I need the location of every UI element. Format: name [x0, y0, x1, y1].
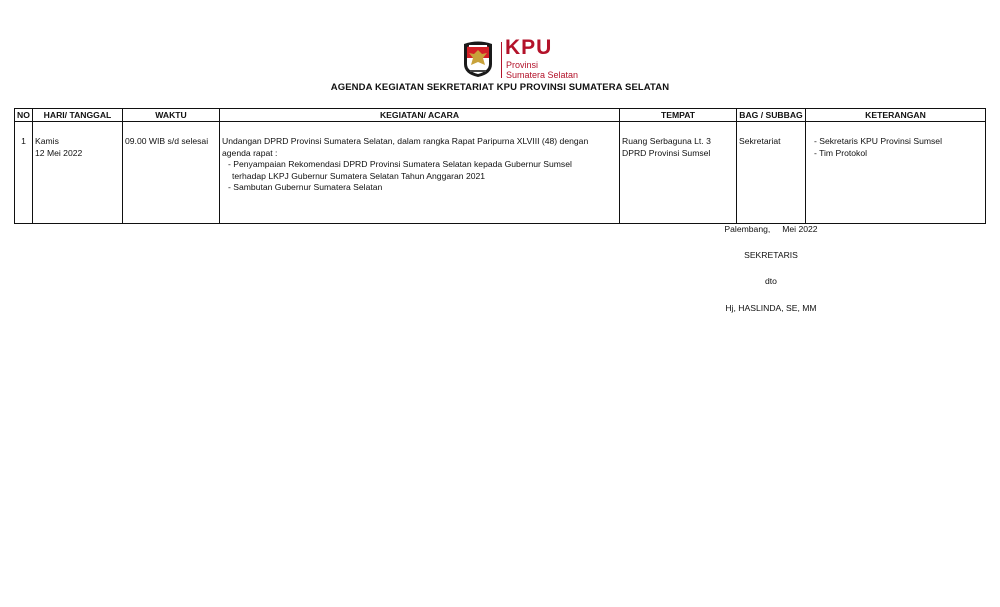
cell-waktu: 09.00 WIB s/d selesai [123, 122, 220, 224]
header-tempat: TEMPAT [620, 109, 737, 122]
agenda-table: NO HARI/ TANGGAL WAKTU KEGIATAN/ ACARA T… [14, 108, 986, 224]
header-hari-tanggal: HARI/ TANGGAL [33, 109, 123, 122]
header-keterangan: KETERANGAN [806, 109, 986, 122]
cell-tanggal: 12 Mei 2022 [35, 148, 120, 160]
signature-name: Hj, HASLINDA, SE, MM [700, 303, 842, 313]
header-bagian: BAG / SUBBAG [737, 109, 806, 122]
page-title: AGENDA KEGIATAN SEKRETARIAT KPU PROVINSI… [0, 82, 1000, 93]
kpu-emblem-icon [461, 40, 495, 78]
table-header-row: NO HARI/ TANGGAL WAKTU KEGIATAN/ ACARA T… [15, 109, 986, 122]
header-waktu: WAKTU [123, 109, 220, 122]
cell-no: 1 [15, 122, 33, 224]
kpu-logo: KPU Provinsi Sumatera Selatan [459, 38, 559, 82]
cell-tempat: Ruang Serbaguna Lt. 3 DPRD Provinsi Sums… [620, 122, 737, 224]
signature-position: SEKRETARIS [700, 250, 842, 260]
signature-mark: dto [700, 276, 842, 286]
logo-region: Provinsi Sumatera Selatan [506, 60, 578, 80]
cell-kegiatan: Undangan DPRD Provinsi Sumatera Selatan,… [220, 122, 620, 224]
signature-place-date: Palembang, Mei 2022 [700, 224, 842, 234]
cell-bagian: Sekretariat [737, 122, 806, 224]
logo-divider [501, 42, 502, 78]
table-row: 1 Kamis 12 Mei 2022 09.00 WIB s/d selesa… [15, 122, 986, 224]
header-kegiatan: KEGIATAN/ ACARA [220, 109, 620, 122]
logo-name: KPU [505, 36, 552, 60]
document-header: KPU Provinsi Sumatera Selatan [0, 38, 1000, 84]
header-no: NO [15, 109, 33, 122]
cell-keterangan: - Sekretaris KPU Provinsi Sumsel - Tim P… [806, 122, 986, 224]
cell-hari: Kamis [35, 136, 120, 148]
cell-hari-tanggal: Kamis 12 Mei 2022 [33, 122, 123, 224]
